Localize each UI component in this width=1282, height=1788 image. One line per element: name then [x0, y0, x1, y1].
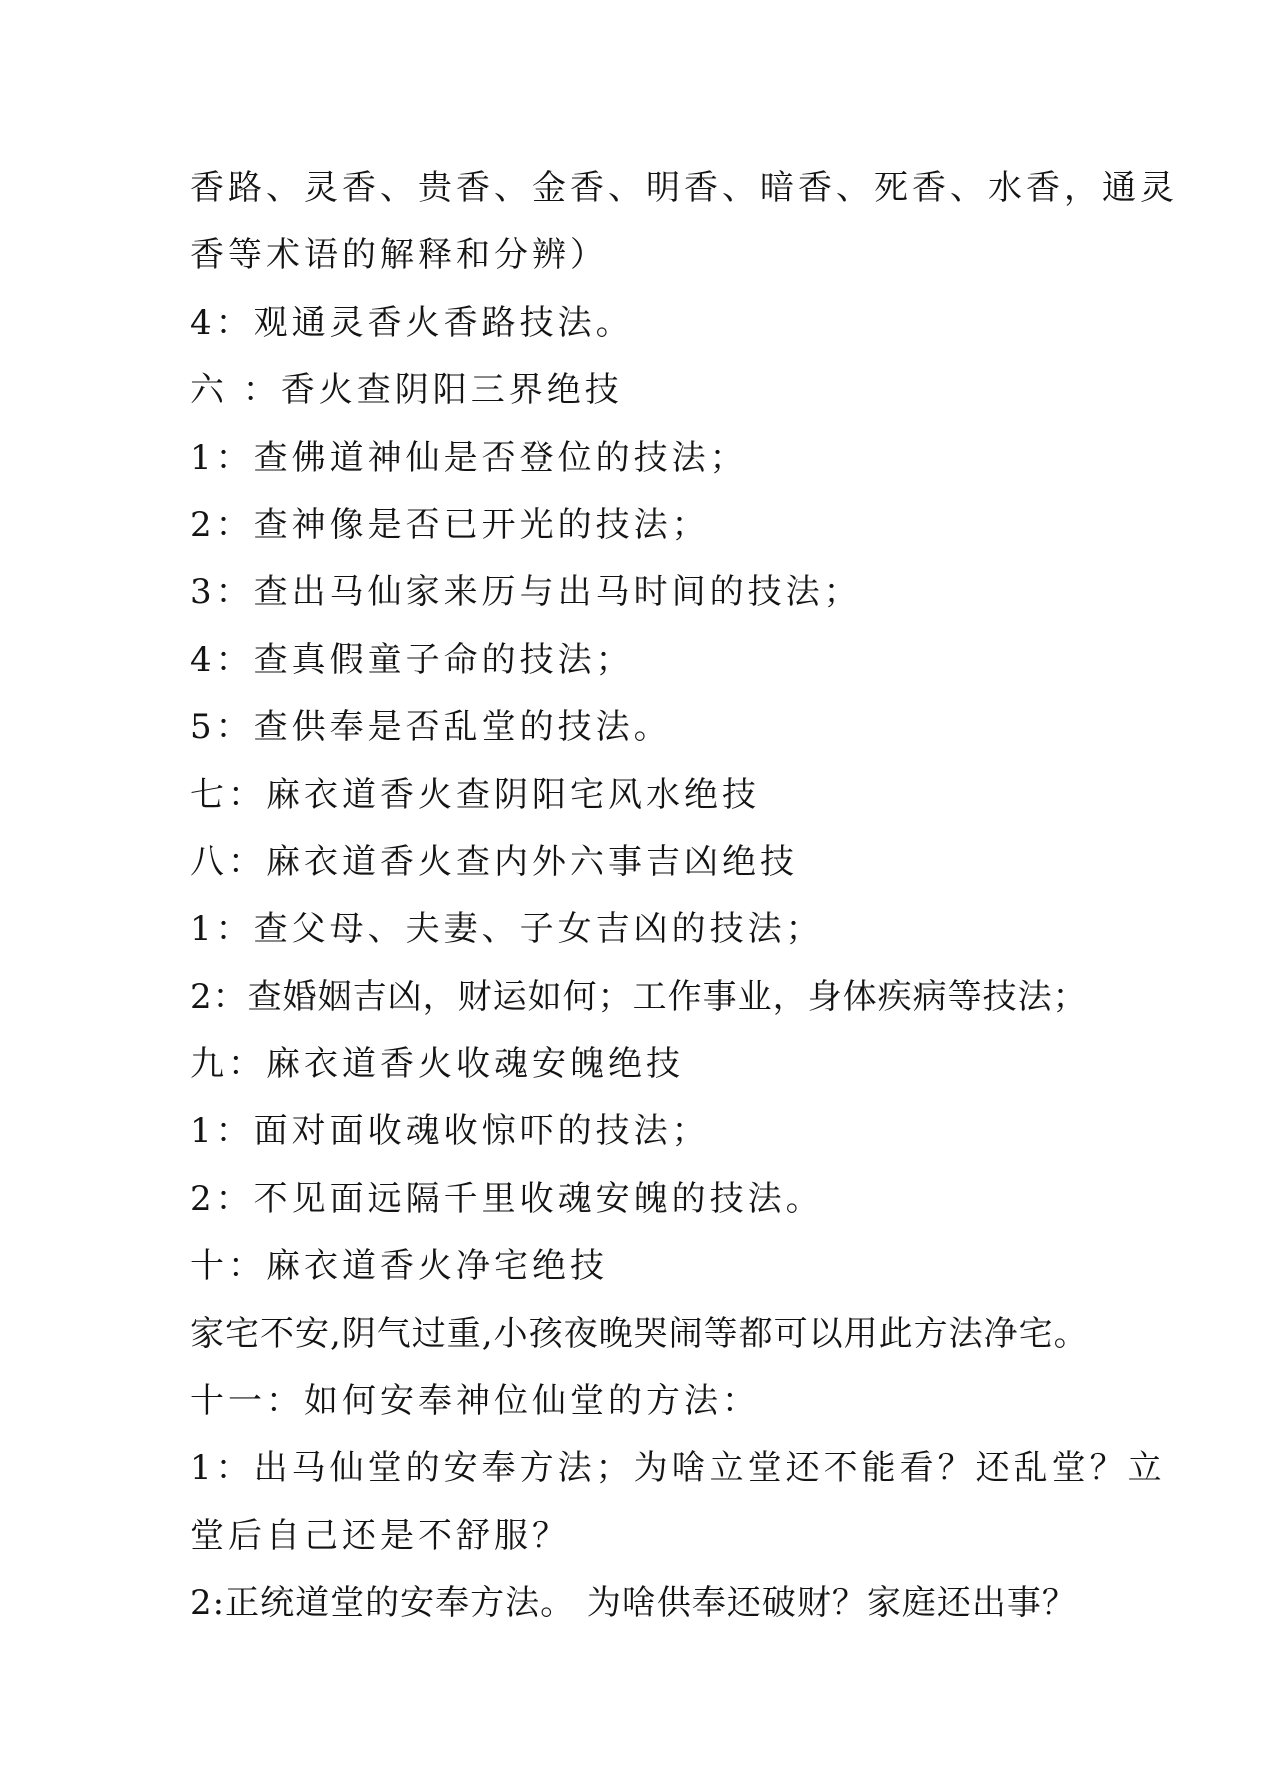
list-item-2: 2:正统道堂的安奉方法。 为啥供奉还破财？家庭还出事？	[190, 1575, 1090, 1642]
list-item-2: 2：查婚姻吉凶，财运如何；工作事业，身体疾病等技法；	[190, 969, 1090, 1036]
list-item-1: 1：面对面收魂收惊吓的技法；	[190, 1103, 1090, 1170]
section-heading-9: 九：麻衣道香火收魂安魄绝技	[190, 1036, 1090, 1103]
section-heading-8: 八：麻衣道香火查内外六事吉凶绝技	[190, 834, 1090, 901]
list-item-1: 1：查父母、夫妻、子女吉凶的技法；	[190, 901, 1090, 968]
list-item-3: 3：查出马仙家来历与出马时间的技法；	[190, 564, 1090, 631]
document-body: 香路、灵香、贵香、金香、明香、暗香、死香、水香，通灵 香等术语的解释和分辨） 4…	[190, 160, 1090, 1643]
section-heading-11: 十一：如何安奉神位仙堂的方法：	[190, 1373, 1090, 1440]
list-item-2: 2：查神像是否已开光的技法；	[190, 497, 1090, 564]
list-item-1: 1：查佛道神仙是否登位的技法；	[190, 430, 1090, 497]
text-line-continuation: 香路、灵香、贵香、金香、明香、暗香、死香、水香，通灵	[190, 160, 1090, 227]
list-item-4: 4：查真假童子命的技法；	[190, 632, 1090, 699]
document-page: 香路、灵香、贵香、金香、明香、暗香、死香、水香，通灵 香等术语的解释和分辨） 4…	[0, 0, 1282, 1788]
list-item-2: 2：不见面远隔千里收魂安魄的技法。	[190, 1171, 1090, 1238]
list-item-1-continuation: 堂后自己还是不舒服？	[190, 1508, 1090, 1575]
list-item-5: 5：查供奉是否乱堂的技法。	[190, 699, 1090, 766]
list-item-1: 1：出马仙堂的安奉方法；为啥立堂还不能看？还乱堂？立	[190, 1440, 1090, 1507]
paragraph-text: 家宅不安,阴气过重,小孩夜晚哭闹等都可以用此方法净宅。	[190, 1306, 1090, 1373]
section-heading-6: 六 ：香火查阴阳三界绝技	[190, 362, 1090, 429]
list-item-4: 4：观通灵香火香路技法。	[190, 295, 1090, 362]
section-heading-10: 十：麻衣道香火净宅绝技	[190, 1238, 1090, 1305]
section-heading-7: 七：麻衣道香火查阴阳宅风水绝技	[190, 767, 1090, 834]
text-line-continuation-end: 香等术语的解释和分辨）	[190, 227, 1090, 294]
